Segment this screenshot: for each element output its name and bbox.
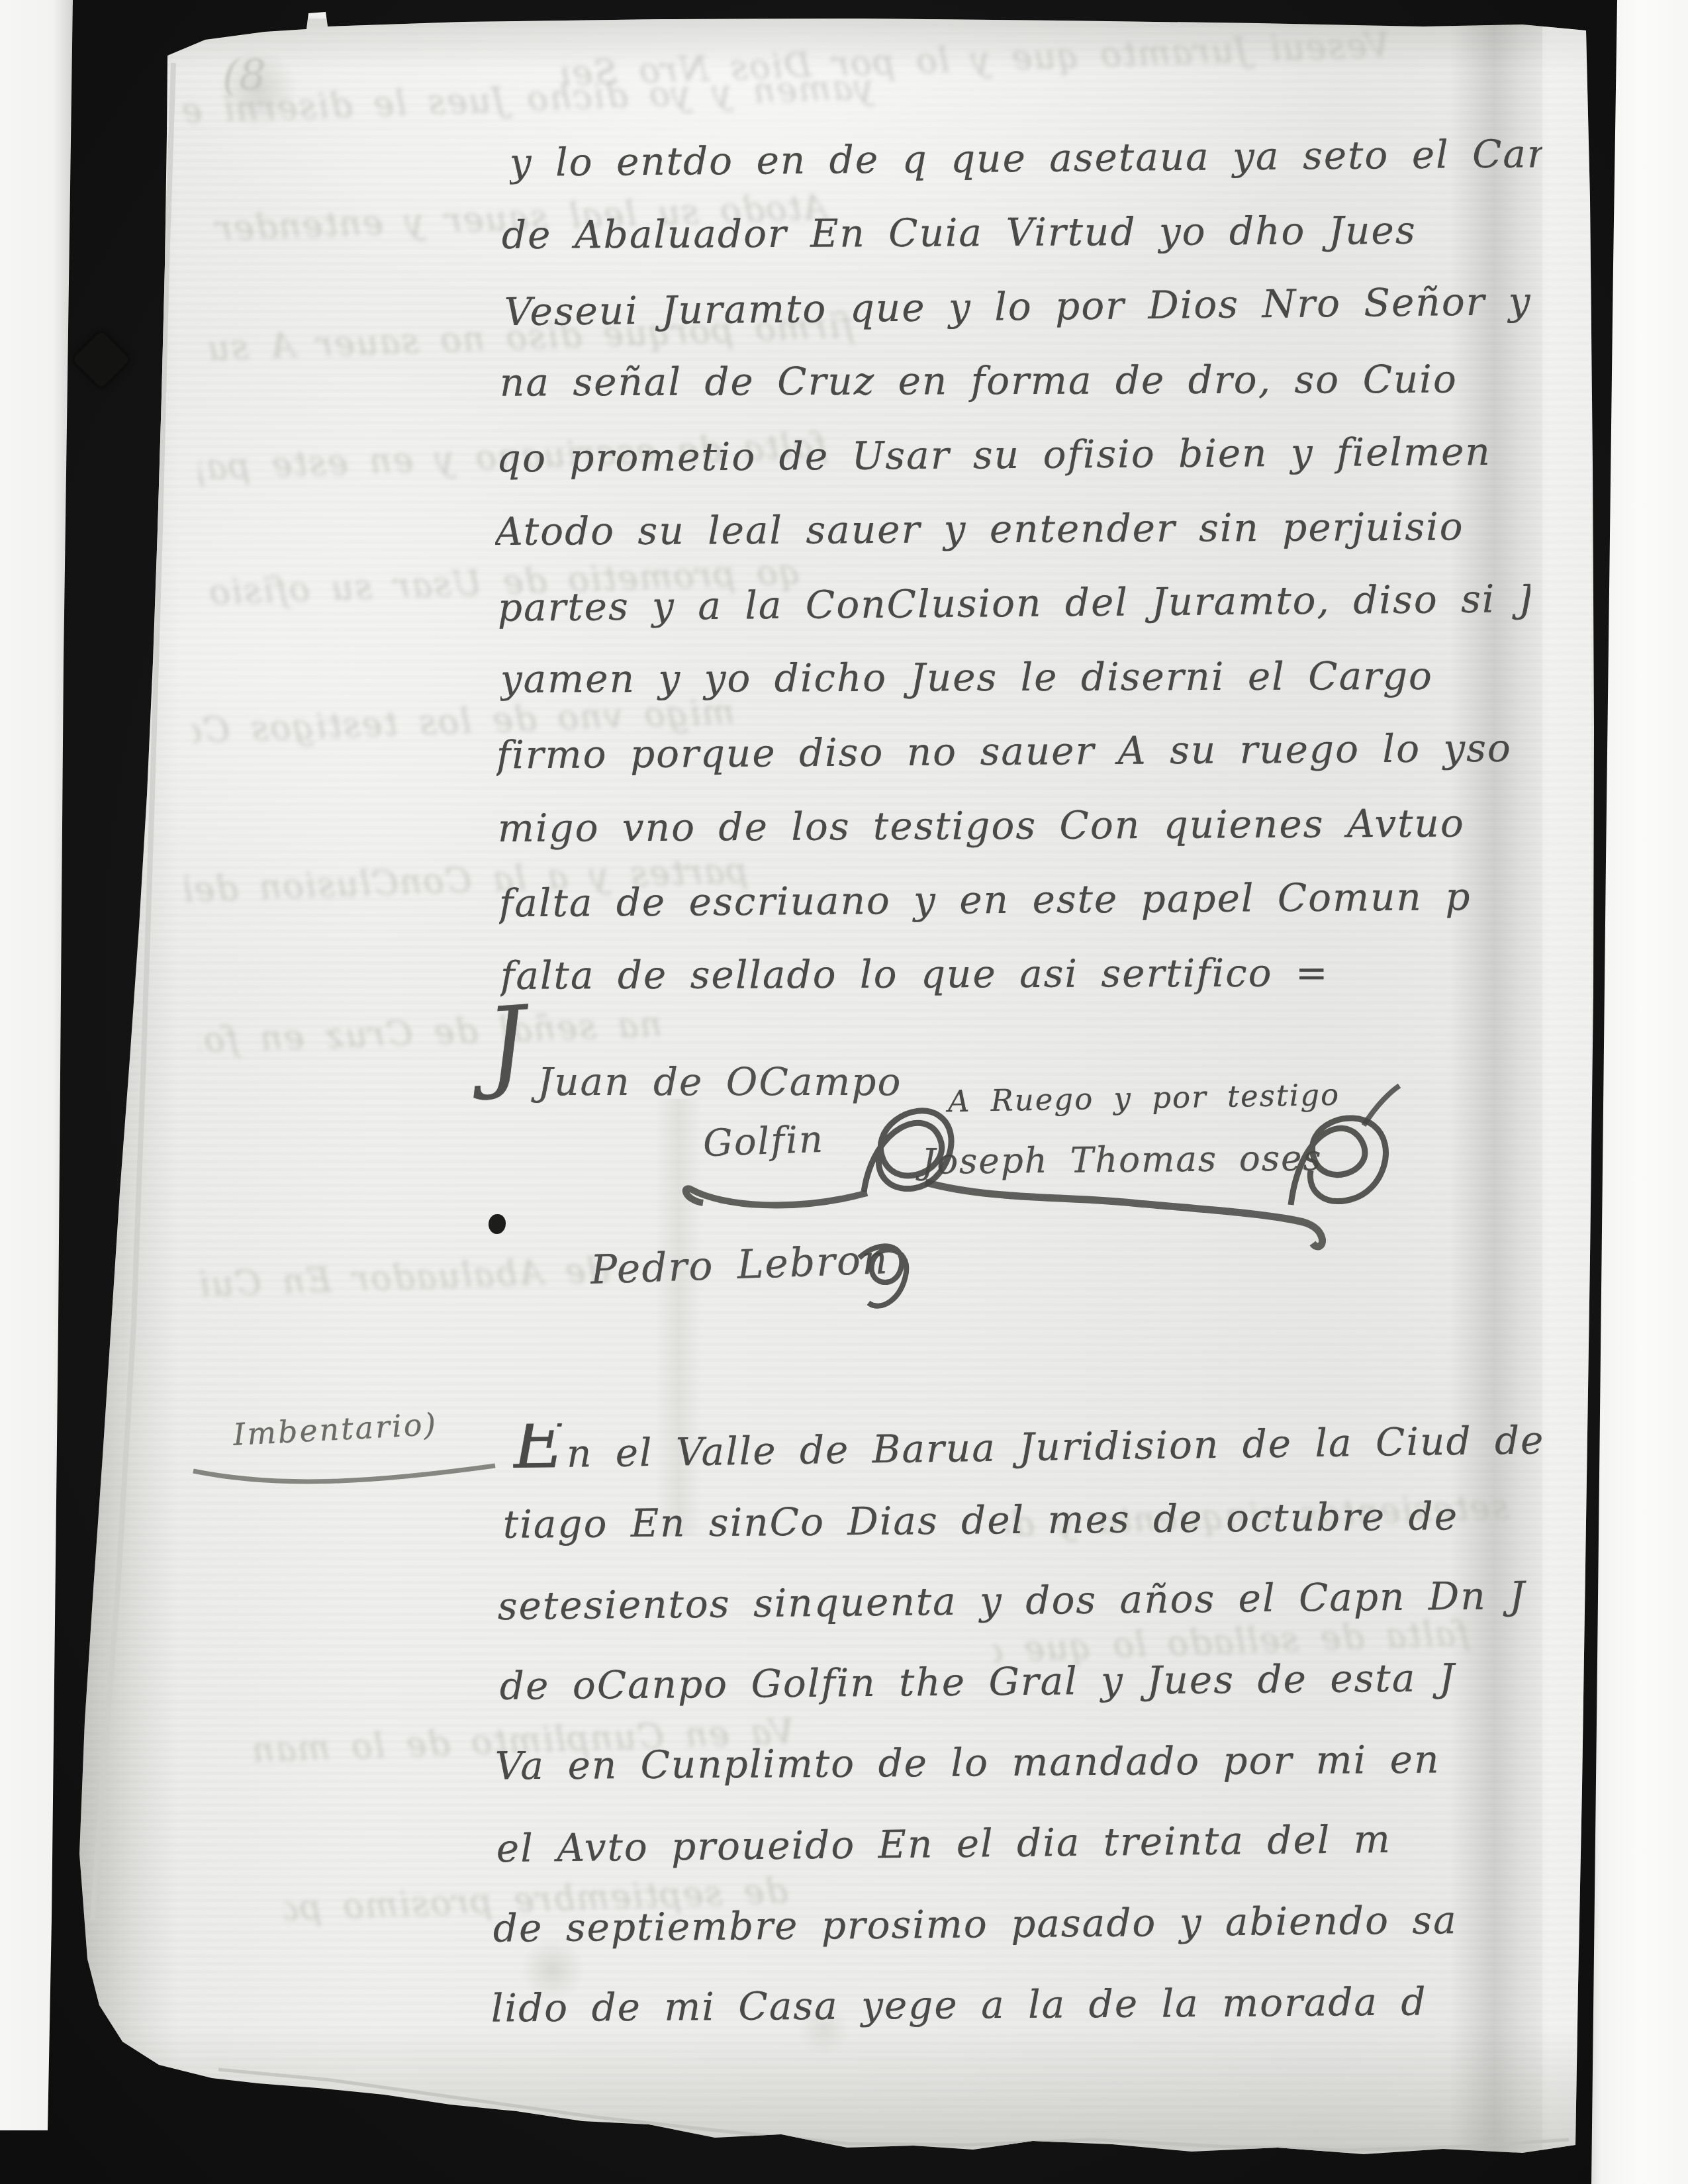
golfin-underline-flourish — [686, 1188, 867, 1205]
scanner-bed-strip-left — [0, 0, 76, 2133]
page-bottom-edge-line — [218, 2069, 1569, 2150]
scanner-bed-strip-right — [1582, 0, 1688, 2184]
margin-note-underline-flourish — [193, 1466, 495, 1482]
binding-clip — [72, 330, 130, 389]
manuscript-page: Veseui Juramto que y lo por Dios Nro Señ… — [0, 0, 1688, 2184]
golfin-rubric-flourish — [864, 1111, 951, 1192]
joseph-rubric-flourish — [1291, 1118, 1386, 1205]
joseph-rubric-flick — [1364, 1086, 1399, 1125]
pedro-rubric-flourish — [859, 1246, 906, 1306]
scan-background: Veseui Juramto que y lo por Dios Nro Señ… — [0, 0, 1688, 2184]
ink-flourishes-layer — [0, 0, 1688, 2184]
joseph-underline-sweep — [925, 1182, 1323, 1247]
